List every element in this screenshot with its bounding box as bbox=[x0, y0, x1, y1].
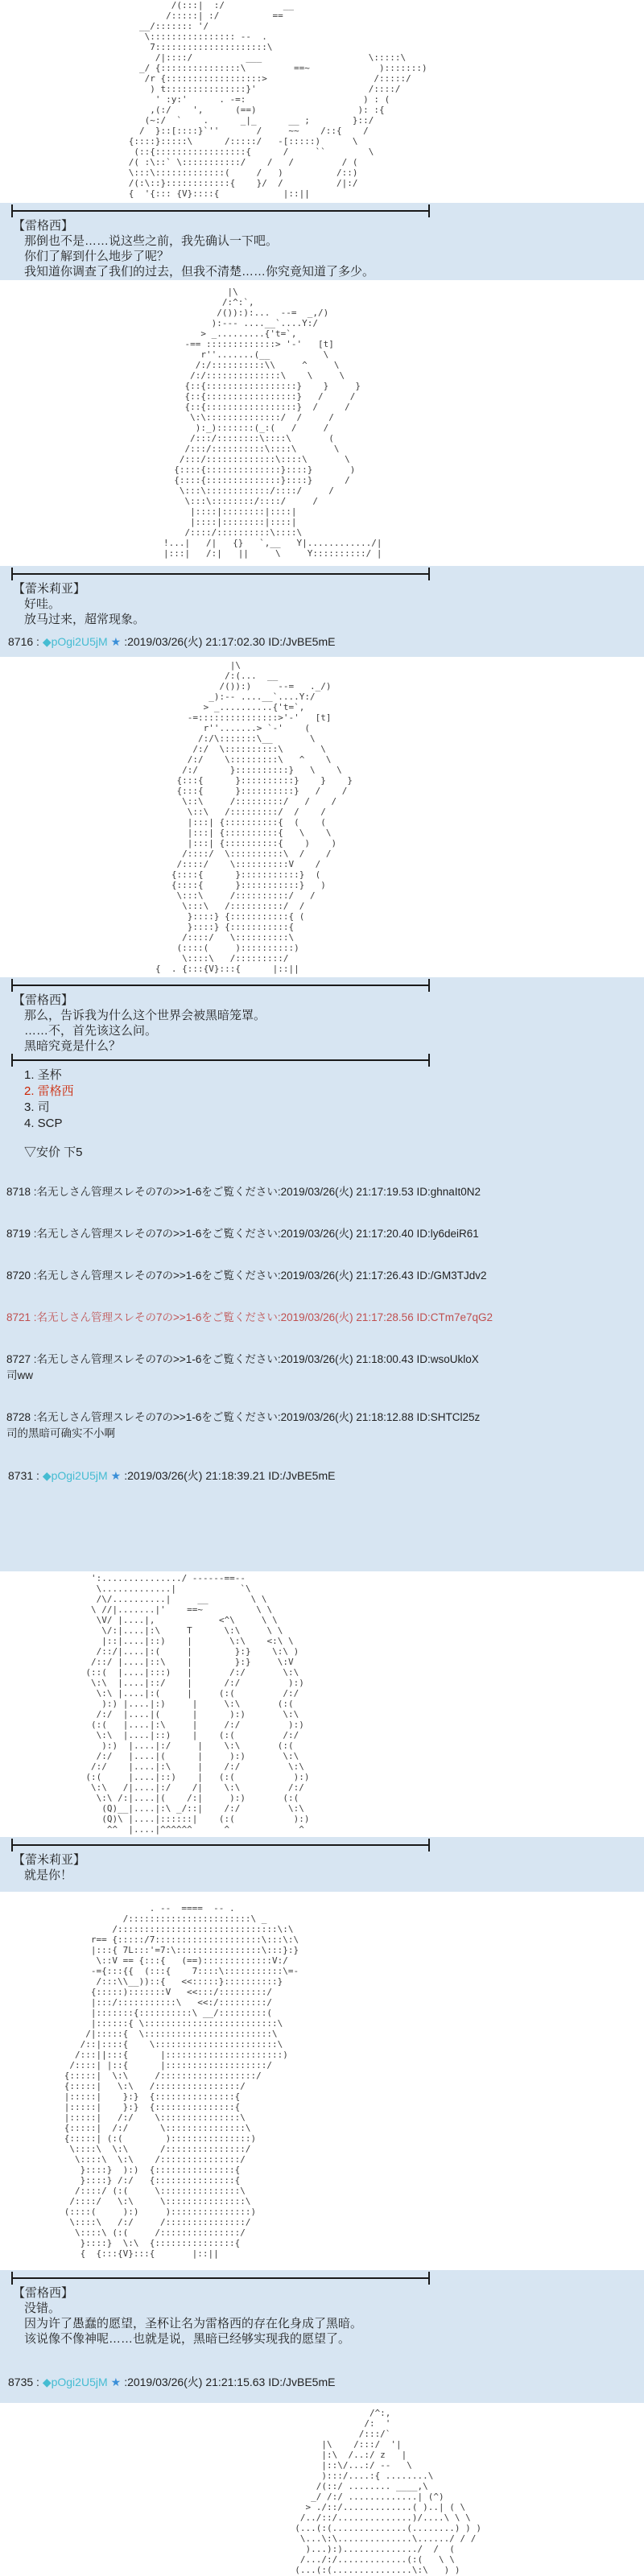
dialog-legoshi-2: 【雷格西】 那么，告诉我为什么这个世界会被黑暗笼罩。 ……不，首先该这么问。 黑… bbox=[0, 993, 644, 1054]
speaker-name: 【雷格西】 bbox=[13, 218, 644, 233]
post-number: 8716 : bbox=[8, 635, 43, 648]
post-number: 8731 : bbox=[8, 1469, 43, 1482]
separator bbox=[11, 1059, 430, 1061]
post-8716-header: 8716 : ◆pOgi2U5jM★:2019/03/26(火) 21:17:0… bbox=[0, 634, 644, 650]
star-icon: ★ bbox=[111, 635, 122, 648]
post-8718-header: 8718 :名无しさん管理スレその7の>>1-6をご覧ください:2019/03/… bbox=[0, 1184, 563, 1200]
tripcode: ◆pOgi2U5jM bbox=[43, 635, 108, 648]
ascii-art-wolf-1: /(:::| :/ __ /:::::| :/ == __/::::::: '/… bbox=[0, 0, 644, 199]
post-8728-body: 司的黑暗可确实不小啊 bbox=[0, 1426, 563, 1442]
separator-right-tick bbox=[428, 204, 430, 217]
tripcode: ◆pOgi2U5jM bbox=[43, 2376, 108, 2388]
anchor-call-line: ▽安价 下5 bbox=[0, 1143, 644, 1160]
dialog-text: 那倒也不是……说这些之前，我先确认一下吧。 你们了解到什么地步了呢？ 我知道你调… bbox=[13, 233, 644, 279]
list-item-1: 1. 圣杯 bbox=[24, 1067, 644, 1084]
speaker-name: 【蕾米莉亚】 bbox=[13, 581, 644, 597]
dialog-remilia-2: 【蕾米莉亚】 就是你！ bbox=[0, 1852, 644, 1883]
post-number: 8735 : bbox=[8, 2376, 43, 2388]
dialog-legoshi-1: 【雷格西】 那倒也不是……说这些之前，我先确认一下吧。 你们了解到什么地步了呢？… bbox=[0, 218, 644, 279]
anon-post-8727: 8727 :名无しさん管理スレその7の>>1-6をご覧ください:2019/03/… bbox=[0, 1352, 563, 1384]
ascii-art-panel-6: /^:, /: ' /:::/` |\ /:::/ '| |:\ /..:/ z… bbox=[0, 2403, 644, 2576]
choice-list: 1. 圣杯 2. 雷格西 3. 司 4. SCP bbox=[0, 1067, 644, 1132]
ascii-art-wolf-6: /^:, /: ' /:::/` |\ /:::/ '| |:\ /..:/ z… bbox=[0, 2408, 644, 2575]
dialog-text: 好哇。 放马过来，超常现象。 bbox=[13, 597, 644, 627]
dialog-text: 就是你！ bbox=[13, 1868, 644, 1883]
post-8727-body: 司ww bbox=[0, 1368, 563, 1384]
anon-post-8718: 8718 :名无しさん管理スレその7の>>1-6をご覧ください:2019/03/… bbox=[0, 1184, 563, 1200]
speaker-name: 【蕾米莉亚】 bbox=[13, 1852, 644, 1868]
separator-right-tick bbox=[428, 1839, 430, 1851]
post-8721-header: 8721 :名无しさん管理スレその7の>>1-6をご覧ください:2019/03/… bbox=[0, 1310, 563, 1326]
dialog-section-2: 【蕾米莉亚】 好哇。 放马过来，超常现象。 8716 : ◆pOgi2U5jM★… bbox=[0, 566, 644, 657]
separator bbox=[11, 210, 430, 212]
speaker-name: 【雷格西】 bbox=[13, 2285, 644, 2301]
post-8735-header: 8735 : ◆pOgi2U5jM★:2019/03/26(火) 21:21:1… bbox=[0, 2374, 644, 2390]
separator-right-tick bbox=[428, 979, 430, 992]
separator-right-tick bbox=[428, 568, 430, 580]
ascii-art-dark-wolf: . -- ==== -- . /:::::::::::::::::::::::\… bbox=[0, 1903, 644, 2259]
separator bbox=[11, 2277, 430, 2279]
anonymous-posts: 8718 :名无しさん管理スレその7の>>1-6をご覧ください:2019/03/… bbox=[0, 1184, 644, 1442]
anon-post-8719: 8719 :名无しさん管理スレその7の>>1-6をご覧ください:2019/03/… bbox=[0, 1226, 563, 1242]
dialog-text: 没错。 因为许了愚蠢的愿望，圣杯让名为雷格西的存在化身成了黑暗。 该说像不像神呢… bbox=[13, 2301, 644, 2347]
star-icon: ★ bbox=[111, 1469, 122, 1482]
post-8731-header: 8731 : ◆pOgi2U5jM★:2019/03/26(火) 21:18:3… bbox=[0, 1468, 644, 1484]
separator-left-tick bbox=[11, 979, 13, 992]
list-item-2: 2. 雷格西 bbox=[24, 1084, 644, 1100]
separator bbox=[11, 985, 430, 986]
star-icon: ★ bbox=[111, 2376, 122, 2388]
separator-left-tick bbox=[11, 568, 13, 580]
dialog-section-3: 【蕾米莉亚】 就是你！ bbox=[0, 1837, 644, 1892]
ascii-art-panel-5: . -- ==== -- . /:::::::::::::::::::::::\… bbox=[0, 1892, 644, 2270]
speaker-name: 【雷格西】 bbox=[13, 993, 644, 1008]
post-datetime-id: :2019/03/26(火) 21:17:02.30 ID:/JvBE5mE bbox=[124, 635, 335, 648]
post-8719-header: 8719 :名无しさん管理スレその7の>>1-6をご覧ください:2019/03/… bbox=[0, 1226, 563, 1242]
list-item-3: 3. 司 bbox=[24, 1100, 644, 1116]
ascii-art-panel-4: ':.............../ ------==-- \.........… bbox=[0, 1571, 644, 1837]
separator bbox=[11, 1844, 430, 1846]
tripcode: ◆pOgi2U5jM bbox=[43, 1469, 108, 1482]
ascii-art-wolf-3: |\ /:(... __ /()):) --= ._/) _):-- ...._… bbox=[0, 660, 644, 974]
dialog-remilia-1: 【蕾米莉亚】 好哇。 放马过来，超常现象。 bbox=[0, 581, 644, 627]
dialog-legoshi-3: 【雷格西】 没错。 因为许了愚蠢的愿望，圣杯让名为雷格西的存在化身成了黑暗。 该… bbox=[0, 2285, 644, 2347]
separator bbox=[11, 573, 430, 575]
separator-right-tick bbox=[428, 2272, 430, 2285]
anon-post-8728: 8728 :名无しさん管理スレその7の>>1-6をご覧ください:2019/03/… bbox=[0, 1410, 563, 1442]
ascii-art-wolf-2: |\ /:^:`, /()):):... --= _,/) ):--- ....… bbox=[0, 287, 644, 559]
separator-left-tick bbox=[11, 2272, 13, 2285]
dialog-text: 那么，告诉我为什么这个世界会被黑暗笼罩。 ……不，首先该这么问。 黑暗究竟是什么… bbox=[13, 1008, 644, 1054]
separator-left-tick bbox=[11, 1054, 13, 1067]
separator-left-tick bbox=[11, 204, 13, 217]
dialog-section-1: 【雷格西】 那倒也不是……说这些之前，我先确认一下吧。 你们了解到什么地步了呢？… bbox=[0, 203, 644, 280]
separator-right-tick bbox=[428, 1054, 430, 1067]
dialog-section-4: 【雷格西】 没错。 因为许了愚蠢的愿望，圣杯让名为雷格西的存在化身成了黑暗。 该… bbox=[0, 2270, 644, 2403]
ascii-art-panel-3: |\ /:(... __ /()):) --= ._/) _):-- ...._… bbox=[0, 657, 644, 977]
ascii-art-panel-1: /(:::| :/ __ /:::::| :/ == __/::::::: '/… bbox=[0, 0, 644, 203]
separator-left-tick bbox=[11, 1839, 13, 1851]
post-8728-header: 8728 :名无しさん管理スレその7の>>1-6をご覧ください:2019/03/… bbox=[0, 1410, 563, 1426]
list-item-4: 4. SCP bbox=[24, 1116, 644, 1132]
ascii-art-wings: ':.............../ ------==-- \.........… bbox=[0, 1573, 644, 1835]
post-datetime-id: :2019/03/26(火) 21:18:39.21 ID:/JvBE5mE bbox=[124, 1469, 335, 1482]
dialog-and-posts-section: 【雷格西】 那么，告诉我为什么这个世界会被黑暗笼罩。 ……不，首先该这么问。 黑… bbox=[0, 977, 644, 1571]
post-8720-header: 8720 :名无しさん管理スレその7の>>1-6をご覧ください:2019/03/… bbox=[0, 1268, 563, 1284]
ascii-art-panel-2: |\ /:^:`, /()):):... --= _,/) ):--- ....… bbox=[0, 280, 644, 566]
post-8727-header: 8727 :名无しさん管理スレその7の>>1-6をご覧ください:2019/03/… bbox=[0, 1352, 563, 1368]
post-datetime-id: :2019/03/26(火) 21:21:15.63 ID:/JvBE5mE bbox=[124, 2376, 335, 2388]
anon-post-8720: 8720 :名无しさん管理スレその7の>>1-6をご覧ください:2019/03/… bbox=[0, 1268, 563, 1284]
anon-post-8721: 8721 :名无しさん管理スレその7の>>1-6をご覧ください:2019/03/… bbox=[0, 1310, 563, 1326]
